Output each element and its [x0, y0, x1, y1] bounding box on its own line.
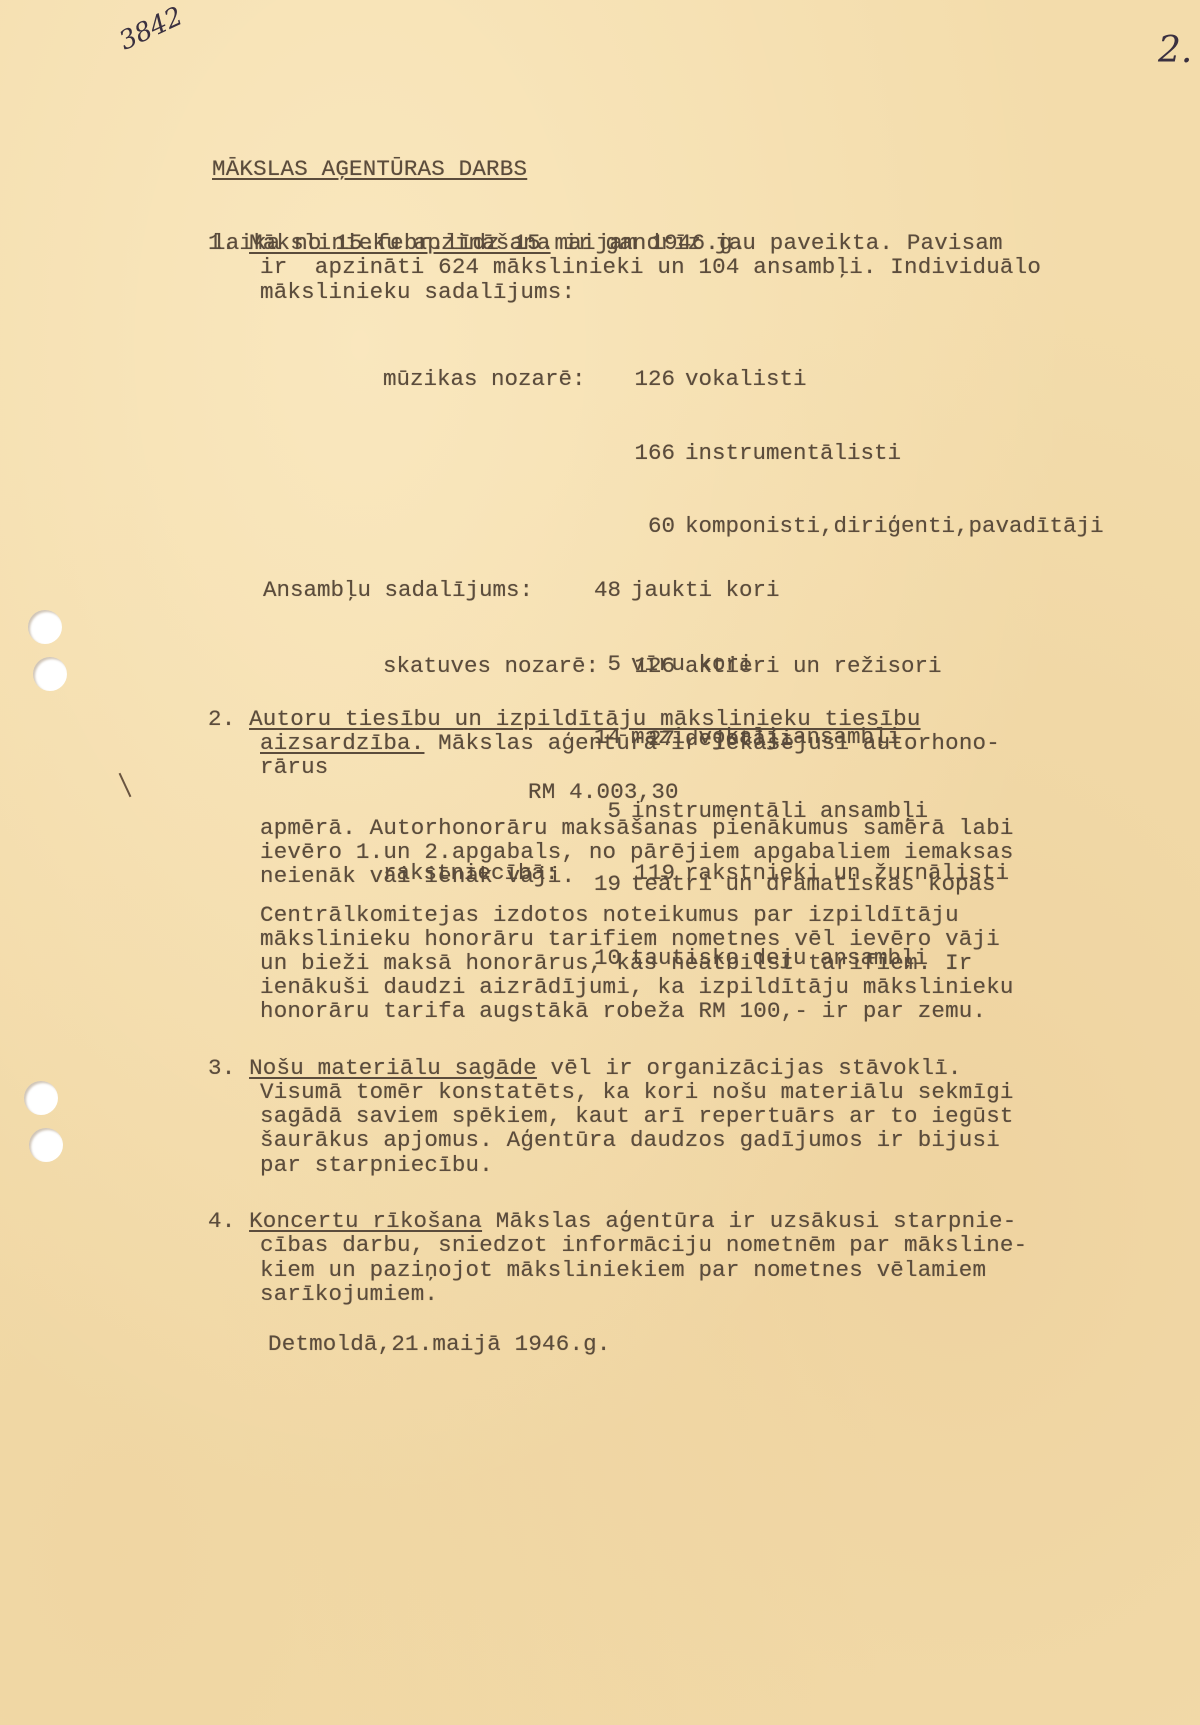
- section-2-para-1-line-3: neienāk vai ienāk vāji.: [260, 864, 575, 889]
- section-heading-continued: aizsardzība.: [260, 730, 424, 756]
- section-3-line-5: par starpniecību.: [260, 1153, 493, 1178]
- handwritten-page-number: 2.: [1158, 30, 1192, 71]
- section-number: 2.: [208, 706, 235, 732]
- category-label: Ansambļu sadalījums:: [263, 578, 581, 603]
- breakdown-row: 166instrumentālisti: [383, 441, 1104, 466]
- section-number: 1.: [208, 230, 235, 256]
- section-2-para-2-line-2: mākslinieku honorāru tarifiem nometnes v…: [260, 927, 1000, 952]
- section-number: 4.: [208, 1208, 235, 1234]
- punch-hole-icon: [24, 1081, 58, 1115]
- section-2-line-2: aizsardzība. Mākslas aģentūra ir iekasēj…: [260, 731, 1000, 756]
- breakdown-row: 5vīru kori: [263, 652, 996, 677]
- section-4-line-3: kiem un paziņojot māksliniekiem par nome…: [260, 1258, 986, 1283]
- section-heading: Autoru tiesību un izpildītāju māksliniek…: [249, 706, 920, 732]
- section-2-para-1-line-2: ievēro 1.un 2.apgabals, no pārējiem apga…: [260, 840, 1014, 865]
- stray-mark: [119, 773, 132, 797]
- breakdown-row: mūzikas nozarē:126vokalisti: [383, 367, 1104, 392]
- place-date: Detmoldā,21.maijā 1946.g.: [268, 1332, 611, 1357]
- punch-hole-icon: [28, 610, 62, 644]
- punch-hole-icon: [33, 657, 67, 691]
- section-2-para-2-line-1: Centrālkomitejas izdotos noteikumus par …: [260, 903, 959, 928]
- section-heading: Mākslinieku apzināšana: [249, 230, 550, 256]
- category-label: mūzikas nozarē:: [383, 367, 623, 392]
- section-3-line-3: sagādā saviem spēkiem, kaut arī repertuā…: [260, 1104, 1014, 1129]
- section-1-line-1: 1. Mākslinieku apzināšana ir gandrīz jau…: [208, 231, 1003, 256]
- section-4-line-1: 4. Koncertu rīkošana Mākslas aģentūra ir…: [208, 1209, 1016, 1234]
- section-1-line-3: mākslinieku sadalījums:: [260, 280, 575, 305]
- section-2-line-3: rārus: [260, 755, 329, 780]
- breakdown-row: Ansambļu sadalījums:48jaukti kori: [263, 578, 996, 603]
- section-2-para-2-line-3: un bieži maksā honorārus, kas neatbilst …: [260, 951, 973, 976]
- section-2-line-1: 2. Autoru tiesību un izpildītāju mākslin…: [208, 707, 921, 732]
- handwritten-archive-number: 3842: [115, 1, 188, 56]
- royalty-amount: RM 4.003,30: [528, 780, 679, 805]
- section-2-para-1-line-1: apmērā. Autorhonorāru maksāšanas pienāku…: [260, 816, 1014, 841]
- section-2-para-2-line-4: ienākuši daudzi aizrādījumi, ka izpildīt…: [260, 975, 1014, 1000]
- document-title: MĀKSLAS AĢENTŪRAS DARBS: [212, 157, 746, 182]
- document-page: 3842 2. MĀKSLAS AĢENTŪRAS DARBS laika no…: [0, 0, 1200, 1725]
- section-heading: Nošu materiālu sagāde: [249, 1055, 537, 1081]
- section-4-line-2: cības darbu, sniedzot informāciju nometn…: [260, 1233, 1027, 1258]
- section-3-line-2: Visumā tomēr konstatēts, ka kori nošu ma…: [260, 1080, 1014, 1105]
- section-3-line-1: 3. Nošu materiālu sagāde vēl ir organizā…: [208, 1056, 962, 1081]
- section-heading: Koncertu rīkošana: [249, 1208, 482, 1234]
- section-1-line-2: ir apzināti 624 mākslinieki un 104 ansam…: [260, 255, 1041, 280]
- section-number: 3.: [208, 1055, 235, 1081]
- section-4-line-4: sarīkojumiem.: [260, 1282, 438, 1307]
- punch-hole-icon: [29, 1128, 63, 1162]
- section-2-para-2-line-5: honorāru tarifa augstākā robeža RM 100,-…: [260, 999, 986, 1024]
- section-3-line-4: šaurākus apjomus. Aģentūra daudzos gadīj…: [260, 1128, 1000, 1153]
